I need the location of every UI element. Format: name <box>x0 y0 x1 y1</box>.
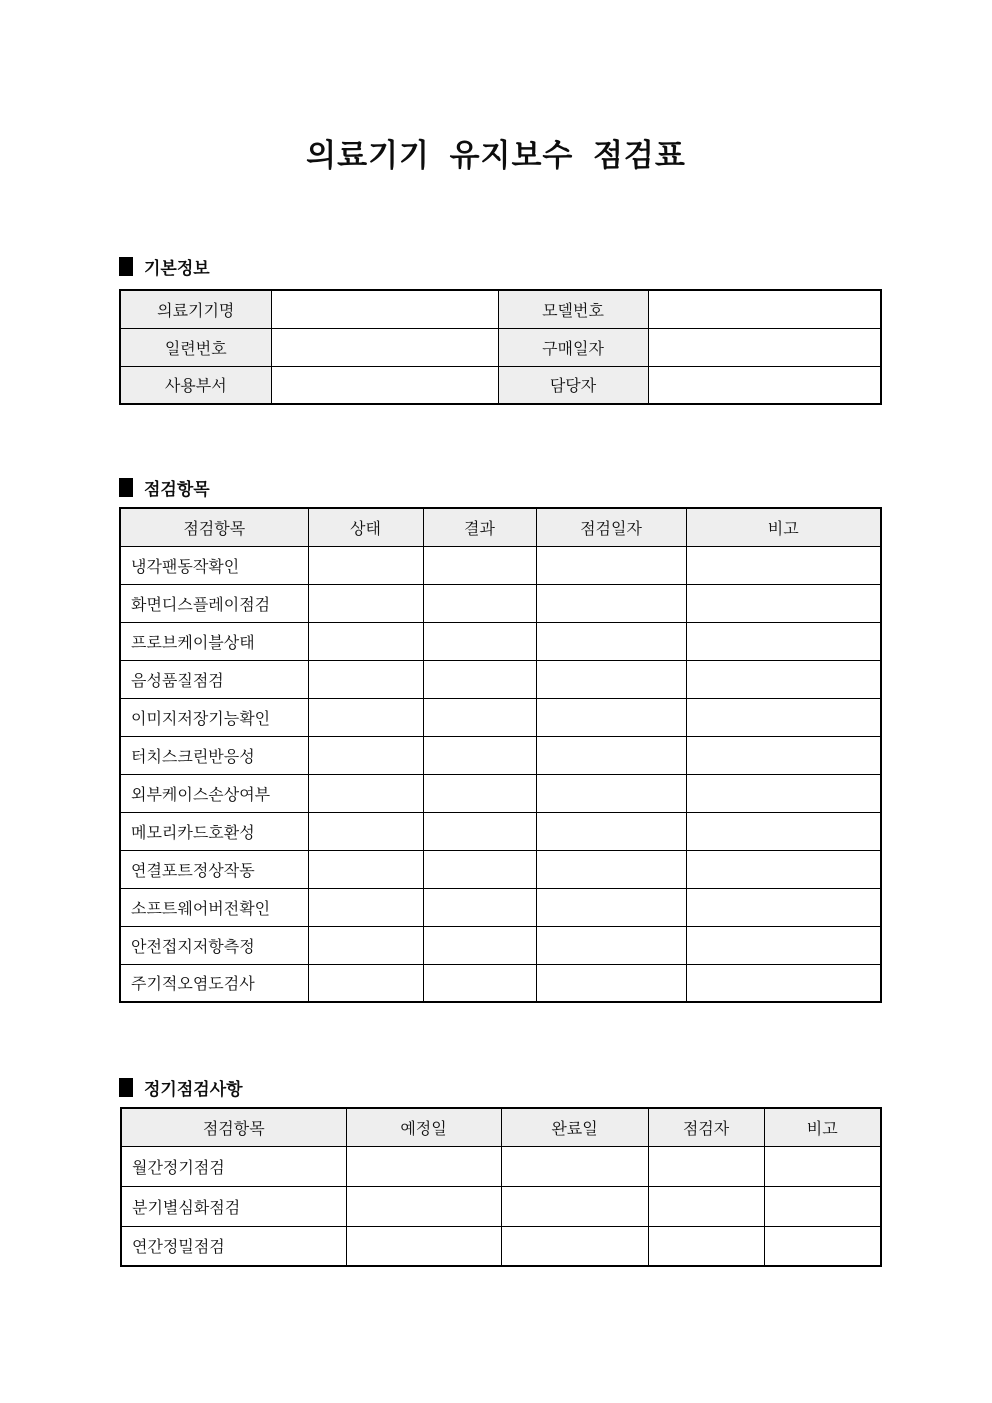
table-row: 연결포트정상작동 <box>120 850 881 888</box>
field-label-model-number: 모델번호 <box>498 290 648 328</box>
table-row: 이미지저장기능확인 <box>120 698 881 736</box>
note-cell[interactable] <box>686 546 881 584</box>
table-row: 외부케이스손상여부 <box>120 774 881 812</box>
date-cell[interactable] <box>536 964 686 1002</box>
result-cell[interactable] <box>423 546 536 584</box>
note-cell[interactable] <box>764 1226 881 1266</box>
basic-info-table: 의료기기명 모델번호 일련번호 구매일자 사용부서 담당자 <box>119 289 882 405</box>
note-cell[interactable] <box>686 926 881 964</box>
result-cell[interactable] <box>423 964 536 1002</box>
status-cell[interactable] <box>308 660 423 698</box>
document-page: 의료기기 유지보수 점검표 기본정보 의료기기명 모델번호 일련번호 구매일자 … <box>0 0 992 1403</box>
status-cell[interactable] <box>308 812 423 850</box>
field-value-purchase-date[interactable] <box>648 328 881 366</box>
note-cell[interactable] <box>686 698 881 736</box>
note-cell[interactable] <box>686 622 881 660</box>
status-cell[interactable] <box>308 736 423 774</box>
note-cell[interactable] <box>686 850 881 888</box>
date-cell[interactable] <box>536 546 686 584</box>
result-cell[interactable] <box>423 660 536 698</box>
inspection-item-label: 메모리카드호환성 <box>120 812 308 850</box>
field-label-device-name: 의료기기명 <box>120 290 271 328</box>
result-cell[interactable] <box>423 698 536 736</box>
note-cell[interactable] <box>686 774 881 812</box>
column-header-inspector: 점검자 <box>648 1108 764 1146</box>
completed-date-cell[interactable] <box>501 1146 648 1186</box>
status-cell[interactable] <box>308 850 423 888</box>
inspector-cell[interactable] <box>648 1186 764 1226</box>
periodic-item-label: 월간정기점검 <box>121 1146 346 1186</box>
section-heading-label: 정기점검사항 <box>144 1075 243 1100</box>
result-cell[interactable] <box>423 888 536 926</box>
page-title: 의료기기 유지보수 점검표 <box>0 130 992 175</box>
table-row: 프로브케이블상태 <box>120 622 881 660</box>
field-value-department[interactable] <box>271 366 498 404</box>
note-cell[interactable] <box>764 1146 881 1186</box>
inspection-item-label: 냉각팬동작확인 <box>120 546 308 584</box>
inspection-item-label: 이미지저장기능확인 <box>120 698 308 736</box>
result-cell[interactable] <box>423 622 536 660</box>
table-row: 화면디스플레이점검 <box>120 584 881 622</box>
note-cell[interactable] <box>686 584 881 622</box>
field-value-manager[interactable] <box>648 366 881 404</box>
date-cell[interactable] <box>536 584 686 622</box>
status-cell[interactable] <box>308 698 423 736</box>
result-cell[interactable] <box>423 584 536 622</box>
column-header-completed-date: 완료일 <box>501 1108 648 1146</box>
inspection-item-label: 터치스크린반응성 <box>120 736 308 774</box>
inspector-cell[interactable] <box>648 1226 764 1266</box>
section-heading-inspection-items: 점검항목 <box>119 475 210 500</box>
table-row: 냉각팬동작확인 <box>120 546 881 584</box>
note-cell[interactable] <box>686 964 881 1002</box>
planned-date-cell[interactable] <box>346 1146 501 1186</box>
table-row: 터치스크린반응성 <box>120 736 881 774</box>
note-cell[interactable] <box>686 812 881 850</box>
inspector-cell[interactable] <box>648 1146 764 1186</box>
inspection-item-label: 프로브케이블상태 <box>120 622 308 660</box>
field-value-device-name[interactable] <box>271 290 498 328</box>
date-cell[interactable] <box>536 622 686 660</box>
table-row: 소프트웨어버전확인 <box>120 888 881 926</box>
result-cell[interactable] <box>423 774 536 812</box>
note-cell[interactable] <box>686 660 881 698</box>
table-row: 월간정기점검 <box>121 1146 881 1186</box>
note-cell[interactable] <box>764 1186 881 1226</box>
inspection-item-label: 외부케이스손상여부 <box>120 774 308 812</box>
inspection-item-label: 연결포트정상작동 <box>120 850 308 888</box>
inspection-item-label: 주기적오염도검사 <box>120 964 308 1002</box>
column-header-note: 비고 <box>686 508 881 546</box>
status-cell[interactable] <box>308 964 423 1002</box>
date-cell[interactable] <box>536 698 686 736</box>
planned-date-cell[interactable] <box>346 1226 501 1266</box>
section-heading-periodic-checks: 정기점검사항 <box>119 1075 243 1100</box>
date-cell[interactable] <box>536 660 686 698</box>
result-cell[interactable] <box>423 850 536 888</box>
result-cell[interactable] <box>423 812 536 850</box>
date-cell[interactable] <box>536 774 686 812</box>
inspection-item-label: 화면디스플레이점검 <box>120 584 308 622</box>
field-label-serial-number: 일련번호 <box>120 328 271 366</box>
status-cell[interactable] <box>308 774 423 812</box>
status-cell[interactable] <box>308 584 423 622</box>
field-value-model-number[interactable] <box>648 290 881 328</box>
field-label-department: 사용부서 <box>120 366 271 404</box>
inspection-item-label: 음성품질점검 <box>120 660 308 698</box>
column-header-status: 상태 <box>308 508 423 546</box>
field-label-purchase-date: 구매일자 <box>498 328 648 366</box>
section-bullet-icon <box>119 478 133 497</box>
periodic-item-label: 분기별심화점검 <box>121 1186 346 1226</box>
column-header-item: 점검항목 <box>120 508 308 546</box>
table-row: 안전접지저항측정 <box>120 926 881 964</box>
result-cell[interactable] <box>423 926 536 964</box>
inspection-items-table: 점검항목 상태 결과 점검일자 비고 냉각팬동작확인 화면디스플레이점검 <box>119 507 882 1003</box>
periodic-checks-table: 점검항목 예정일 완료일 점검자 비고 월간정기점검 분기별심화점검 <box>120 1107 882 1267</box>
status-cell[interactable] <box>308 546 423 584</box>
field-label-manager: 담당자 <box>498 366 648 404</box>
date-cell[interactable] <box>536 736 686 774</box>
table-row: 주기적오염도검사 <box>120 964 881 1002</box>
periodic-item-label: 연간정밀점검 <box>121 1226 346 1266</box>
table-row: 사용부서 담당자 <box>120 366 881 404</box>
table-row: 연간정밀점검 <box>121 1226 881 1266</box>
note-cell[interactable] <box>686 736 881 774</box>
planned-date-cell[interactable] <box>346 1186 501 1226</box>
date-cell[interactable] <box>536 812 686 850</box>
table-row: 메모리카드호환성 <box>120 812 881 850</box>
status-cell[interactable] <box>308 622 423 660</box>
table-header-row: 점검항목 상태 결과 점검일자 비고 <box>120 508 881 546</box>
status-cell[interactable] <box>308 888 423 926</box>
section-bullet-icon <box>119 1078 133 1097</box>
table-row: 분기별심화점검 <box>121 1186 881 1226</box>
result-cell[interactable] <box>423 736 536 774</box>
inspection-item-label: 안전접지저항측정 <box>120 926 308 964</box>
inspection-item-label: 소프트웨어버전확인 <box>120 888 308 926</box>
completed-date-cell[interactable] <box>501 1186 648 1226</box>
column-header-date: 점검일자 <box>536 508 686 546</box>
note-cell[interactable] <box>686 888 881 926</box>
section-heading-label: 기본정보 <box>144 254 210 279</box>
section-heading-basic-info: 기본정보 <box>119 254 210 279</box>
date-cell[interactable] <box>536 926 686 964</box>
column-header-result: 결과 <box>423 508 536 546</box>
column-header-item: 점검항목 <box>121 1108 346 1146</box>
table-row: 일련번호 구매일자 <box>120 328 881 366</box>
date-cell[interactable] <box>536 850 686 888</box>
status-cell[interactable] <box>308 926 423 964</box>
field-value-serial-number[interactable] <box>271 328 498 366</box>
section-bullet-icon <box>119 257 133 276</box>
completed-date-cell[interactable] <box>501 1226 648 1266</box>
date-cell[interactable] <box>536 888 686 926</box>
table-header-row: 점검항목 예정일 완료일 점검자 비고 <box>121 1108 881 1146</box>
column-header-note: 비고 <box>764 1108 881 1146</box>
section-heading-label: 점검항목 <box>144 475 210 500</box>
table-row: 음성품질점검 <box>120 660 881 698</box>
table-row: 의료기기명 모델번호 <box>120 290 881 328</box>
column-header-planned-date: 예정일 <box>346 1108 501 1146</box>
